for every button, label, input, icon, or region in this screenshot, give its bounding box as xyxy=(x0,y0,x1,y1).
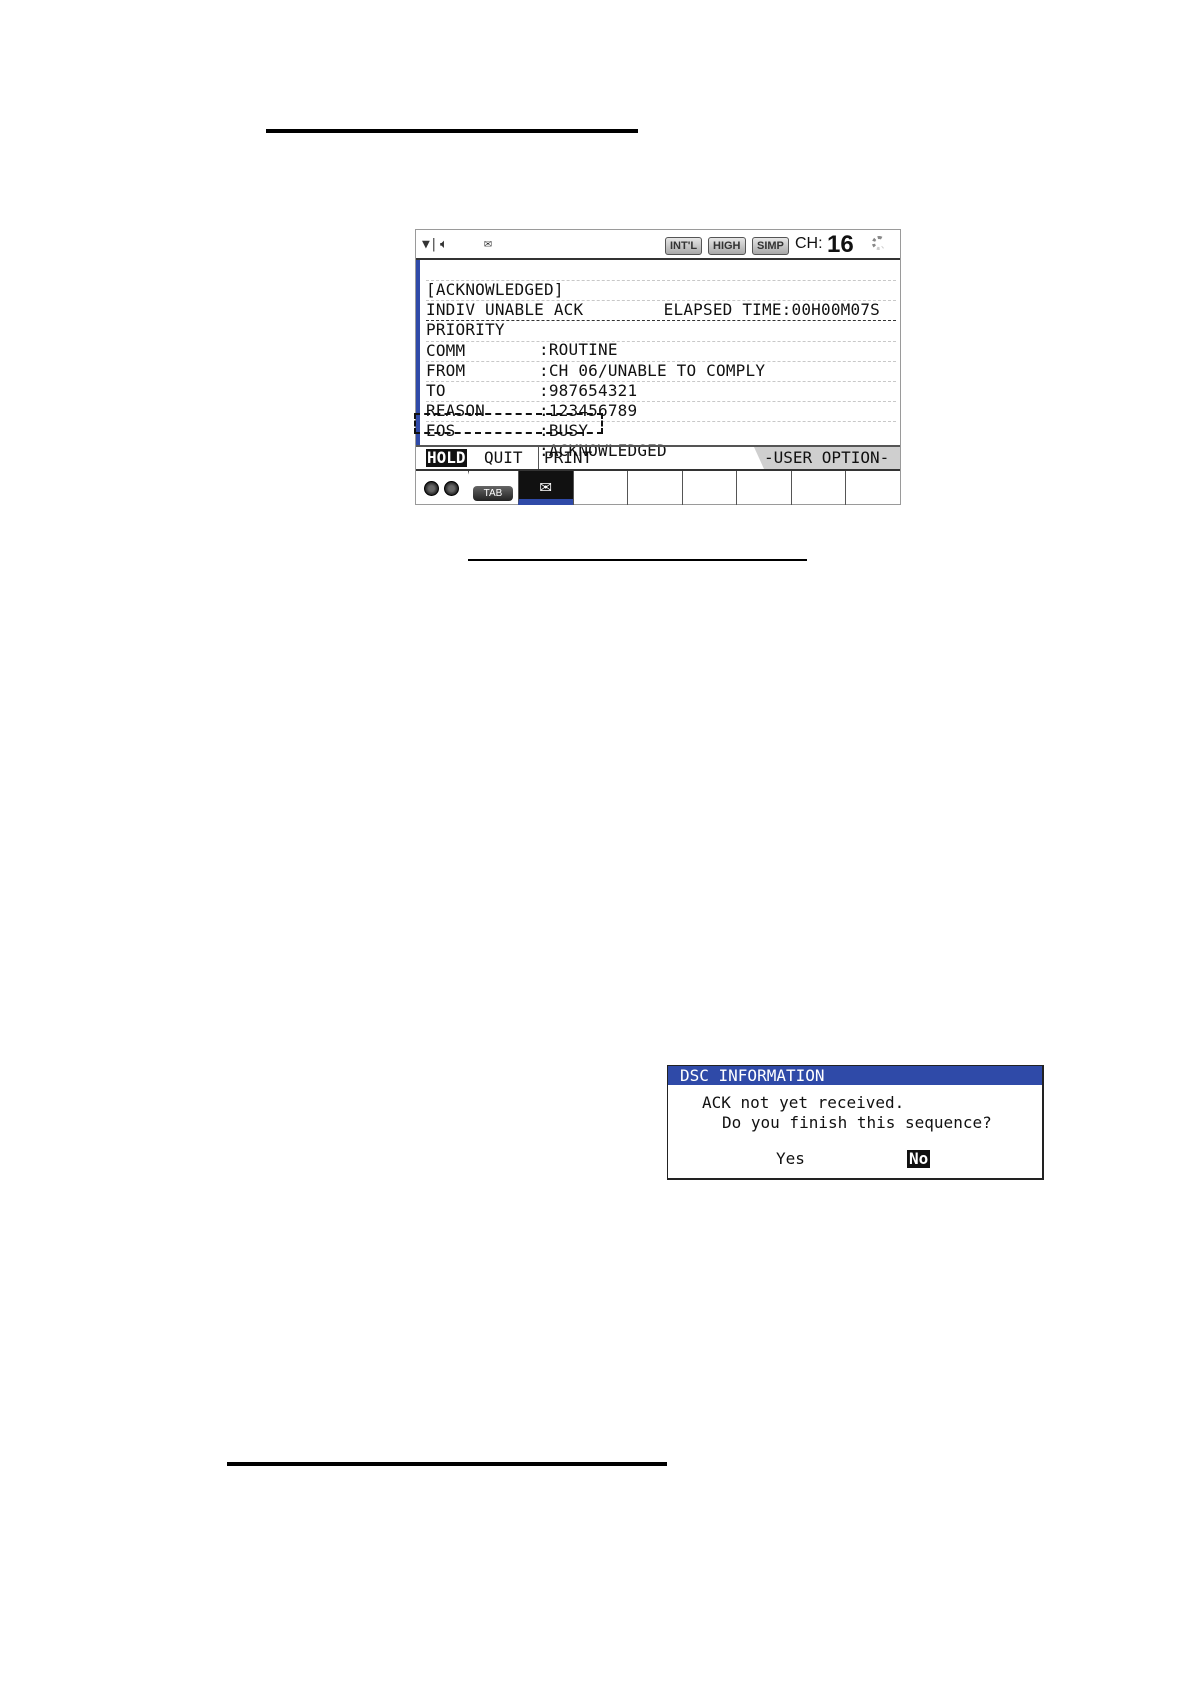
right-knob-icon xyxy=(444,481,459,496)
status-bar: ▼| 🔈︎ ✉ INT'L HIGH SIMP CH: 16 xyxy=(416,230,900,260)
intl-badge: INT'L xyxy=(665,237,702,255)
mail-send-icon[interactable]: ✉ xyxy=(518,471,573,505)
no-button[interactable]: No xyxy=(907,1150,930,1168)
dsc-screen: ▼| 🔈︎ ✉ INT'L HIGH SIMP CH: 16 [ACKNOWLE… xyxy=(415,229,901,505)
softkey-divider xyxy=(538,447,539,469)
yes-button[interactable]: Yes xyxy=(776,1150,805,1168)
speaker-icon: 🔈︎ xyxy=(440,238,448,252)
section-rule-middle xyxy=(468,559,807,561)
tab-row: TAB ✉ xyxy=(416,471,900,505)
spinner-icon xyxy=(872,236,886,250)
field-row-from: FROM :987654321 xyxy=(426,341,896,362)
knob-indicator xyxy=(416,471,469,505)
tab-button[interactable]: TAB xyxy=(473,486,513,501)
left-knob-icon xyxy=(424,481,439,496)
user-option-softkey[interactable]: -USER OPTION- xyxy=(754,447,900,469)
mail-icon: ✉ xyxy=(484,237,492,251)
hold-softkey[interactable]: HOLD xyxy=(426,449,467,467)
quit-softkey[interactable]: QUIT xyxy=(484,447,523,469)
dialog-title: DSC INFORMATION xyxy=(668,1066,1042,1085)
tab-cell[interactable] xyxy=(791,471,846,505)
simplex-badge: SIMP xyxy=(752,237,789,255)
field-row-priority: PRIORITY :ROUTINE xyxy=(426,300,896,321)
signal-icon: ▼| xyxy=(422,238,438,252)
dialog-message-line1: ACK not yet received. xyxy=(702,1093,904,1113)
tab-cells: ✉ xyxy=(518,471,900,505)
call-type-row: INDIV UNABLE ACK xyxy=(426,280,896,301)
status-row: [ACKNOWLEDGED] ELAPSED TIME:00H00M07S xyxy=(426,260,896,281)
section-rule-top xyxy=(266,129,638,133)
section-rule-bottom xyxy=(227,1462,667,1466)
tab-cell[interactable] xyxy=(573,471,628,505)
field-row-to: TO :123456789 xyxy=(426,361,896,382)
channel-value: 16 xyxy=(827,231,854,259)
tab-cell[interactable] xyxy=(736,471,791,505)
print-softkey[interactable]: PRINT xyxy=(544,447,592,469)
field-row-comm: COMM :CH 06/UNABLE TO COMPLY xyxy=(426,321,896,342)
reason-highlight-box xyxy=(414,413,603,434)
message-body: [ACKNOWLEDGED] ELAPSED TIME:00H00M07S IN… xyxy=(416,260,900,445)
field-row-reason[interactable]: REASON :BUSY xyxy=(426,381,896,402)
dsc-information-dialog: DSC INFORMATION ACK not yet received. Do… xyxy=(667,1065,1044,1180)
channel-label: CH: xyxy=(795,235,823,253)
dialog-message-line2: Do you finish this sequence? xyxy=(722,1113,992,1133)
power-high-badge: HIGH xyxy=(708,237,746,255)
tab-cell[interactable] xyxy=(845,471,900,505)
tab-cell[interactable] xyxy=(627,471,682,505)
tab-cell[interactable] xyxy=(682,471,737,505)
softkey-bar: HOLD QUIT PRINT -USER OPTION- xyxy=(416,445,900,471)
